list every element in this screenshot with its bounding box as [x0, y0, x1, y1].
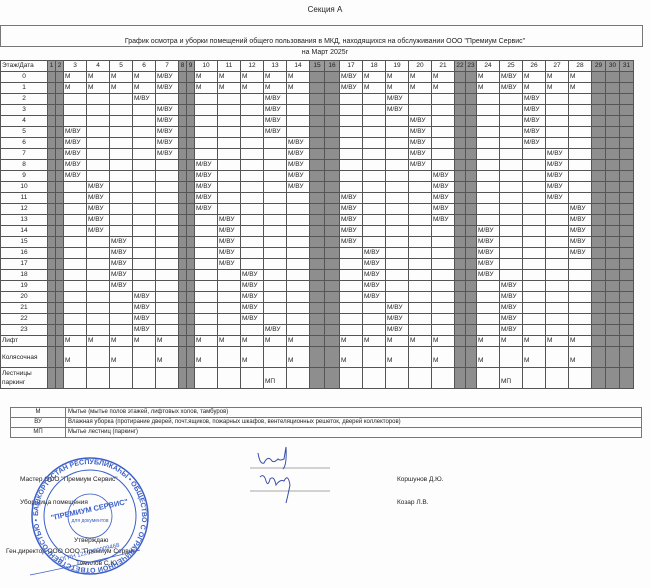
schedule-cell	[218, 94, 241, 105]
schedule-cell	[386, 138, 409, 149]
schedule-cell: М/ВУ	[409, 160, 432, 171]
schedule-cell	[187, 83, 195, 94]
schedule-cell	[363, 105, 386, 116]
schedule-cell: М	[523, 72, 546, 83]
schedule-cell	[455, 347, 466, 368]
schedule-cell: М/ВУ	[241, 281, 264, 292]
schedule-cell: М/ВУ	[340, 226, 363, 237]
schedule-cell	[325, 226, 340, 237]
row-label: 15	[1, 237, 48, 248]
schedule-cell	[264, 226, 287, 237]
schedule-cell	[477, 215, 500, 226]
schedule-cell	[310, 314, 325, 325]
day-header: 18	[363, 61, 386, 72]
schedule-cell	[409, 193, 432, 204]
schedule-cell: М	[287, 347, 310, 368]
schedule-cell	[386, 259, 409, 270]
schedule-cell	[187, 336, 195, 347]
schedule-cell: М/ВУ	[241, 270, 264, 281]
schedule-cell	[241, 149, 264, 160]
company-stamp: БАШКОРТОСТАН РЕСПУБЛИКАҺЫ • ОБЩЕСТВО С О…	[20, 450, 160, 588]
schedule-cell	[592, 270, 606, 281]
schedule-cell	[133, 368, 156, 389]
schedule-cell	[179, 171, 187, 182]
schedule-cell: М/ВУ	[409, 138, 432, 149]
schedule-cell	[64, 105, 87, 116]
schedule-cell	[310, 127, 325, 138]
schedule-cell	[187, 105, 195, 116]
schedule-cell	[432, 259, 455, 270]
table-row: 14М/ВУМ/ВУМ/ВУМ/ВУМ/ВУ	[1, 226, 634, 237]
schedule-cell	[455, 281, 466, 292]
schedule-cell: М/ВУ	[195, 171, 218, 182]
schedule-cell: М/ВУ	[110, 259, 133, 270]
schedule-cell	[310, 368, 325, 389]
row-label: 14	[1, 226, 48, 237]
schedule-cell	[409, 171, 432, 182]
schedule-cell: М	[386, 83, 409, 94]
legend-row: ММытье (мытье полов этажей, лифтовых хол…	[11, 408, 642, 418]
schedule-cell	[187, 193, 195, 204]
schedule-cell	[241, 171, 264, 182]
schedule-cell	[325, 138, 340, 149]
table-row: 18М/ВУМ/ВУМ/ВУМ/ВУ	[1, 270, 634, 281]
schedule-cell	[241, 105, 264, 116]
schedule-cell	[500, 94, 523, 105]
schedule-cell	[179, 248, 187, 259]
schedule-cell: М	[64, 347, 87, 368]
schedule-cell	[218, 105, 241, 116]
schedule-cell	[620, 237, 634, 248]
schedule-cell	[620, 105, 634, 116]
schedule-cell	[546, 368, 569, 389]
schedule-cell	[64, 303, 87, 314]
schedule-cell	[546, 347, 569, 368]
row-label: 11	[1, 193, 48, 204]
schedule-cell	[500, 182, 523, 193]
schedule-cell	[133, 226, 156, 237]
row-label: 23	[1, 325, 48, 336]
schedule-cell	[310, 160, 325, 171]
schedule-cell	[187, 171, 195, 182]
schedule-cell: М	[264, 83, 287, 94]
schedule-cell	[64, 94, 87, 105]
schedule-cell	[466, 347, 477, 368]
schedule-cell: М/ВУ	[133, 292, 156, 303]
row-label: Лифт	[1, 336, 48, 347]
schedule-cell	[310, 270, 325, 281]
schedule-cell	[606, 83, 620, 94]
schedule-cell: М/ВУ	[195, 160, 218, 171]
schedule-cell	[48, 116, 56, 127]
schedule-cell	[455, 160, 466, 171]
schedule-cell	[310, 325, 325, 336]
schedule-cell	[87, 160, 110, 171]
schedule-cell: М/ВУ	[241, 292, 264, 303]
schedule-cell	[386, 204, 409, 215]
schedule-cell	[409, 215, 432, 226]
schedule-cell	[466, 182, 477, 193]
schedule-cell	[133, 160, 156, 171]
schedule-cell	[56, 171, 64, 182]
schedule-cell	[56, 193, 64, 204]
schedule-cell	[477, 368, 500, 389]
schedule-cell	[409, 314, 432, 325]
schedule-cell	[133, 138, 156, 149]
schedule-cell	[110, 204, 133, 215]
schedule-cell	[432, 281, 455, 292]
schedule-cell: М/ВУ	[409, 116, 432, 127]
schedule-cell	[241, 138, 264, 149]
schedule-cell	[133, 182, 156, 193]
day-header: 4	[87, 61, 110, 72]
schedule-cell	[179, 226, 187, 237]
schedule-cell	[133, 281, 156, 292]
schedule-cell	[569, 193, 592, 204]
schedule-cell: М/ВУ	[500, 303, 523, 314]
schedule-cell: М/ВУ	[133, 94, 156, 105]
schedule-cell: М	[87, 83, 110, 94]
schedule-cell: М/ВУ	[409, 149, 432, 160]
schedule-cell	[241, 116, 264, 127]
schedule-cell	[606, 193, 620, 204]
schedule-cell	[287, 248, 310, 259]
schedule-cell	[218, 160, 241, 171]
schedule-cell: М	[386, 347, 409, 368]
schedule-cell	[432, 226, 455, 237]
schedule-cell	[592, 149, 606, 160]
schedule-cell	[455, 138, 466, 149]
schedule-cell	[466, 336, 477, 347]
schedule-cell	[179, 292, 187, 303]
schedule-cell	[110, 127, 133, 138]
schedule-cell: МП	[500, 368, 523, 389]
schedule-cell	[325, 215, 340, 226]
day-header: 28	[569, 61, 592, 72]
legend-description: Мытье лестниц (паркинг)	[66, 428, 642, 438]
schedule-cell: М/ВУ	[87, 204, 110, 215]
schedule-cell	[156, 94, 179, 105]
schedule-cell	[500, 171, 523, 182]
schedule-cell	[310, 72, 325, 83]
schedule-cell	[606, 204, 620, 215]
schedule-cell: М/ВУ	[523, 94, 546, 105]
table-row: 10М/ВУМ/ВУМ/ВУМ/ВУМ/ВУ	[1, 182, 634, 193]
table-row: 15М/ВУМ/ВУМ/ВУМ/ВУМ/ВУ	[1, 237, 634, 248]
schedule-cell	[466, 248, 477, 259]
schedule-cell	[179, 270, 187, 281]
schedule-cell	[264, 347, 287, 368]
schedule-cell: М/ВУ	[156, 72, 179, 83]
schedule-cell	[432, 160, 455, 171]
schedule-cell	[477, 116, 500, 127]
schedule-cell	[325, 193, 340, 204]
table-row: 3М/ВУМ/ВУМ/ВУМ/ВУ	[1, 105, 634, 116]
schedule-cell	[592, 138, 606, 149]
schedule-cell: М/ВУ	[386, 325, 409, 336]
row-label: 6	[1, 138, 48, 149]
table-row: КолясочнаяММММММММММММ	[1, 347, 634, 368]
schedule-cell	[325, 336, 340, 347]
schedule-cell	[287, 281, 310, 292]
schedule-cell: М/ВУ	[477, 270, 500, 281]
schedule-cell	[592, 259, 606, 270]
schedule-cell	[606, 237, 620, 248]
schedule-cell	[64, 259, 87, 270]
schedule-cell	[409, 204, 432, 215]
schedule-cell	[48, 336, 56, 347]
schedule-cell	[187, 325, 195, 336]
schedule-cell	[241, 368, 264, 389]
schedule-cell	[455, 83, 466, 94]
schedule-cell	[340, 270, 363, 281]
schedule-cell: М	[363, 83, 386, 94]
schedule-cell	[466, 94, 477, 105]
schedule-cell	[87, 248, 110, 259]
schedule-cell	[48, 368, 56, 389]
schedule-cell	[133, 171, 156, 182]
schedule-cell	[340, 127, 363, 138]
schedule-cell	[64, 270, 87, 281]
schedule-cell: М	[287, 83, 310, 94]
schedule-cell	[386, 116, 409, 127]
schedule-cell	[187, 215, 195, 226]
row-label: 4	[1, 116, 48, 127]
legend-table: ММытье (мытье полов этажей, лифтовых хол…	[10, 407, 642, 438]
schedule-cell	[500, 248, 523, 259]
table-row: 21М/ВУМ/ВУМ/ВУМ/ВУ	[1, 303, 634, 314]
schedule-cell	[156, 182, 179, 193]
schedule-cell	[87, 105, 110, 116]
schedule-cell	[133, 193, 156, 204]
schedule-cell	[87, 325, 110, 336]
schedule-cell	[477, 127, 500, 138]
schedule-cell	[546, 314, 569, 325]
schedule-cell	[287, 204, 310, 215]
schedule-cell: М/ВУ	[133, 314, 156, 325]
schedule-cell: М/ВУ	[156, 83, 179, 94]
schedule-cell	[264, 314, 287, 325]
schedule-cell	[500, 116, 523, 127]
row-label: 8	[1, 160, 48, 171]
schedule-cell	[110, 105, 133, 116]
schedule-cell	[179, 149, 187, 160]
schedule-cell	[264, 292, 287, 303]
schedule-cell	[340, 149, 363, 160]
schedule-cell	[500, 259, 523, 270]
schedule-cell	[620, 94, 634, 105]
table-row: 16М/ВУМ/ВУМ/ВУМ/ВУМ/ВУ	[1, 248, 634, 259]
schedule-cell	[264, 248, 287, 259]
schedule-cell	[466, 204, 477, 215]
schedule-cell	[386, 171, 409, 182]
schedule-cell	[466, 368, 477, 389]
schedule-cell	[156, 303, 179, 314]
schedule-cell: М/ВУ	[363, 270, 386, 281]
schedule-cell	[179, 314, 187, 325]
schedule-cell	[592, 336, 606, 347]
schedule-cell	[287, 368, 310, 389]
schedule-cell	[363, 226, 386, 237]
schedule-cell: М/ВУ	[287, 182, 310, 193]
schedule-cell	[195, 325, 218, 336]
schedule-cell	[218, 193, 241, 204]
schedule-cell	[110, 314, 133, 325]
schedule-cell	[523, 248, 546, 259]
row-label: 22	[1, 314, 48, 325]
schedule-cell: М	[432, 336, 455, 347]
schedule-cell	[363, 325, 386, 336]
row-label: 2	[1, 94, 48, 105]
schedule-cell	[455, 127, 466, 138]
schedule-cell: М/ВУ	[64, 149, 87, 160]
schedule-cell	[523, 281, 546, 292]
schedule-cell	[363, 303, 386, 314]
schedule-cell	[87, 292, 110, 303]
schedule-cell	[264, 138, 287, 149]
schedule-cell	[569, 127, 592, 138]
schedule-cell	[87, 368, 110, 389]
schedule-cell	[466, 160, 477, 171]
schedule-cell: М/ВУ	[386, 314, 409, 325]
schedule-cell	[363, 160, 386, 171]
schedule-cell: М	[241, 336, 264, 347]
schedule-cell: М/ВУ	[432, 193, 455, 204]
schedule-cell	[48, 72, 56, 83]
schedule-cell	[523, 149, 546, 160]
row-label: 20	[1, 292, 48, 303]
schedule-cell	[48, 281, 56, 292]
schedule-cell	[340, 259, 363, 270]
day-header: 23	[466, 61, 477, 72]
schedule-cell	[264, 149, 287, 160]
table-row: ЛифтММММММММММММММММММММ	[1, 336, 634, 347]
schedule-cell	[500, 138, 523, 149]
schedule-cell	[156, 248, 179, 259]
schedule-cell	[56, 215, 64, 226]
schedule-cell	[325, 160, 340, 171]
schedule-cell: М	[241, 72, 264, 83]
schedule-cell	[386, 237, 409, 248]
schedule-cell: М	[409, 336, 432, 347]
schedule-cell: М	[133, 72, 156, 83]
day-header: 12	[241, 61, 264, 72]
schedule-cell	[110, 193, 133, 204]
schedule-cell: М	[569, 72, 592, 83]
schedule-cell	[179, 105, 187, 116]
schedule-cell	[466, 259, 477, 270]
schedule-cell	[386, 292, 409, 303]
schedule-cell	[179, 281, 187, 292]
schedule-cell	[592, 94, 606, 105]
schedule-cell	[87, 127, 110, 138]
svg-text:ОГРН 1220200009468: ОГРН 1220200009468	[59, 543, 121, 564]
schedule-cell	[363, 149, 386, 160]
table-row: 0МММММ/ВУММММММ/ВУММММММ/ВУМММ	[1, 72, 634, 83]
schedule-cell	[110, 171, 133, 182]
schedule-cell: М/ВУ	[110, 281, 133, 292]
schedule-cell	[592, 325, 606, 336]
schedule-cell	[156, 292, 179, 303]
schedule-cell	[325, 270, 340, 281]
schedule-cell	[455, 105, 466, 116]
schedule-cell	[133, 204, 156, 215]
schedule-cell	[500, 160, 523, 171]
schedule-cell	[432, 292, 455, 303]
schedule-cell	[455, 336, 466, 347]
schedule-cell	[592, 237, 606, 248]
schedule-cell	[264, 193, 287, 204]
schedule-cell	[363, 116, 386, 127]
day-header: 9	[187, 61, 195, 72]
schedule-cell	[592, 83, 606, 94]
schedule-cell	[569, 116, 592, 127]
day-header: 30	[606, 61, 620, 72]
schedule-cell	[179, 368, 187, 389]
schedule-cell	[179, 138, 187, 149]
schedule-cell	[48, 171, 56, 182]
schedule-cell	[64, 281, 87, 292]
schedule-cell	[340, 248, 363, 259]
schedule-cell	[606, 94, 620, 105]
schedule-cell	[340, 325, 363, 336]
schedule-cell	[409, 347, 432, 368]
schedule-cell	[500, 149, 523, 160]
schedule-cell	[620, 160, 634, 171]
day-header: 1	[48, 61, 56, 72]
table-row: 19М/ВУМ/ВУМ/ВУМ/ВУ	[1, 281, 634, 292]
schedule-cell	[218, 368, 241, 389]
schedule-cell	[48, 138, 56, 149]
schedule-cell	[466, 303, 477, 314]
schedule-cell: М	[386, 336, 409, 347]
schedule-cell: М/ВУ	[218, 259, 241, 270]
schedule-cell: М/ВУ	[110, 248, 133, 259]
schedule-cell	[363, 237, 386, 248]
schedule-cell	[363, 127, 386, 138]
schedule-cell	[325, 303, 340, 314]
schedule-cell	[592, 303, 606, 314]
schedule-cell	[241, 193, 264, 204]
schedule-cell: М	[287, 336, 310, 347]
schedule-cell	[310, 149, 325, 160]
schedule-cell: М/ВУ	[546, 171, 569, 182]
schedule-cell	[325, 259, 340, 270]
schedule-cell: М/ВУ	[569, 215, 592, 226]
schedule-cell	[156, 237, 179, 248]
schedule-cell	[187, 138, 195, 149]
schedule-cell	[56, 248, 64, 259]
schedule-cell	[187, 303, 195, 314]
schedule-cell	[110, 160, 133, 171]
schedule-cell: М/ВУ	[110, 237, 133, 248]
schedule-cell	[48, 314, 56, 325]
schedule-cell	[325, 281, 340, 292]
schedule-cell: М	[546, 336, 569, 347]
schedule-cell	[310, 336, 325, 347]
schedule-cell: М	[477, 83, 500, 94]
schedule-cell: М/ВУ	[218, 215, 241, 226]
schedule-cell	[187, 94, 195, 105]
schedule-cell	[195, 116, 218, 127]
schedule-cell	[340, 160, 363, 171]
schedule-cell	[241, 215, 264, 226]
row-label: 12	[1, 204, 48, 215]
table-row: 8М/ВУМ/ВУМ/ВУМ/ВУМ/ВУ	[1, 160, 634, 171]
schedule-cell: М/ВУ	[546, 193, 569, 204]
schedule-cell	[409, 237, 432, 248]
schedule-cell	[466, 72, 477, 83]
